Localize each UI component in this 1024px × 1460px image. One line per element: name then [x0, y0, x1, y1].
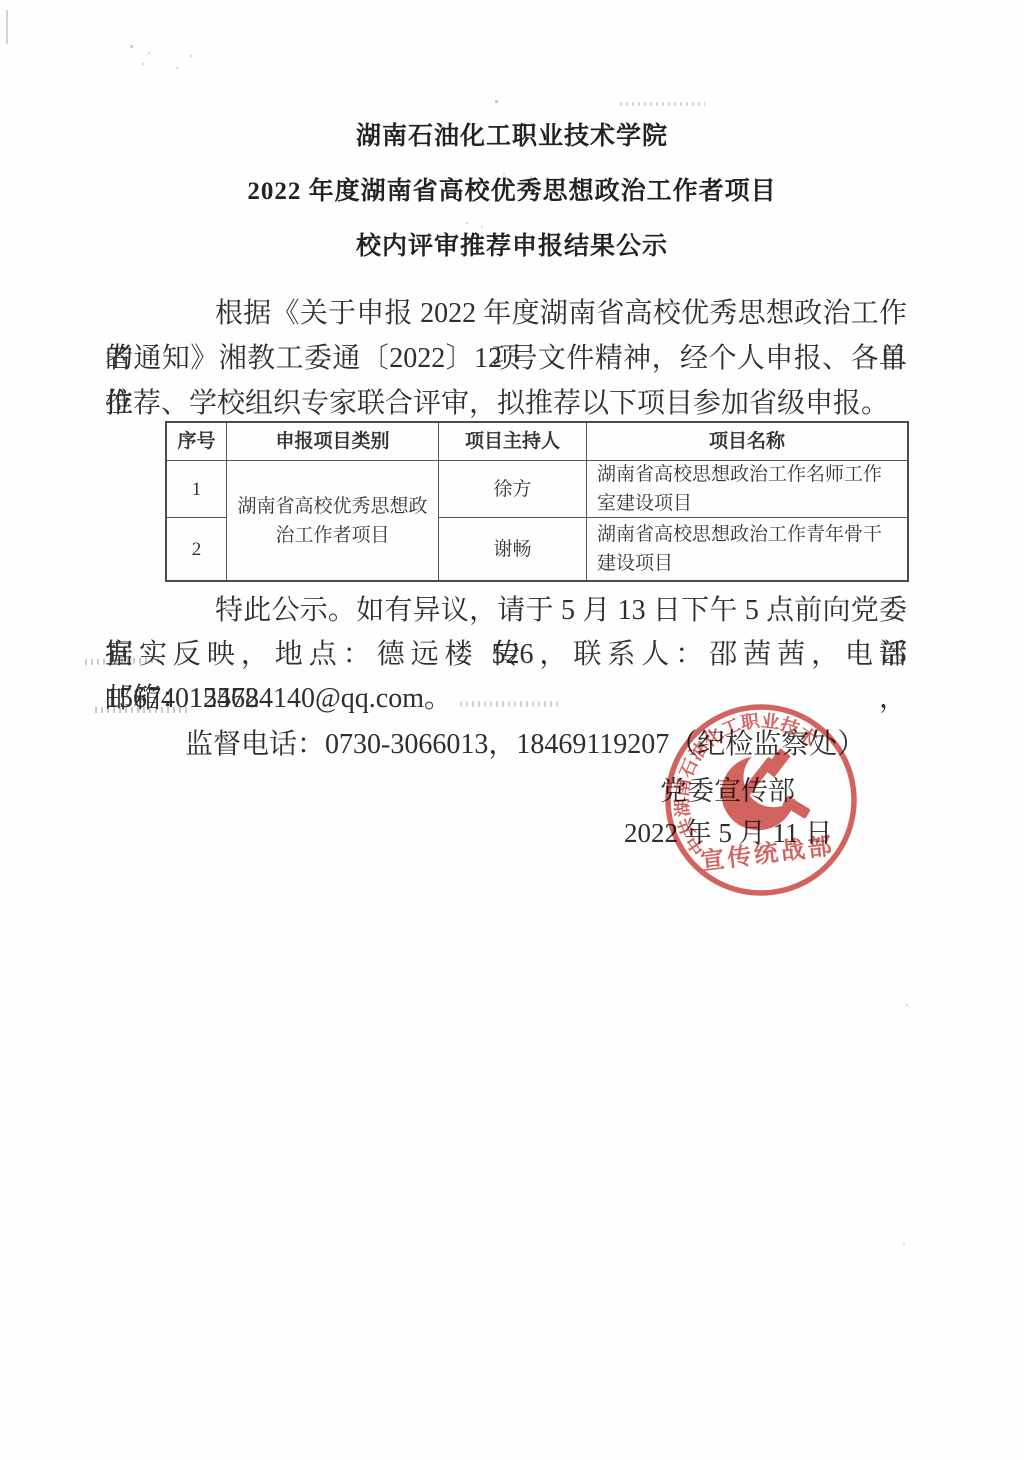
column-header-no: 序号: [167, 423, 227, 461]
title-project-name: 2022 年度湖南省高校优秀思想政治工作者项目: [60, 175, 964, 209]
title-school-name: 湖南石油化工职业技术学院: [60, 120, 964, 154]
scan-speck: [176, 67, 178, 69]
table-cell-project-2: 湖南省高校思想政治工作青年骨干建设项目: [587, 518, 907, 580]
scan-speck: [903, 1243, 905, 1245]
scan-speck: [130, 45, 133, 48]
intro-paragraph: 根据《关于申报 2022 年度湖南省高校优秀思想政治工作者项目 的通知》湘教工委…: [105, 291, 907, 426]
paragraph-line: 的通知》湘教工委通〔2022〕12 号文件精神，经个人申报、各单位: [105, 336, 907, 381]
table-cell-project-1: 湖南省高校思想政治工作名师工作室建设项目: [587, 461, 907, 518]
scan-smudge: [620, 102, 705, 106]
column-header-leader: 项目主持人: [439, 423, 587, 461]
table-cell-category-merged: 湖南省高校优秀思想政治工作者项目: [227, 461, 439, 580]
paragraph-line: 根据《关于申报 2022 年度湖南省高校优秀思想政治工作者项目: [105, 291, 907, 336]
table-cell-leader-2: 谢畅: [439, 518, 587, 580]
table-cell-no-1: 1: [167, 461, 227, 518]
supervision-phone-line: 监督电话：0730-3066013，18469119207（纪检监察处）: [185, 723, 865, 767]
scan-speck: [495, 100, 498, 103]
scan-speck: [190, 55, 192, 57]
paragraph-line: 推荐、学校组织专家联合评审，拟推荐以下项目参加省级申报。: [105, 381, 907, 426]
scan-artifact: [6, 10, 8, 44]
scan-speck: [142, 63, 144, 65]
column-header-category: 申报项目类别: [227, 423, 439, 461]
recommendation-table: 序号 申报项目类别 项目主持人 项目名称 1 湖南省高校优秀思想政治工作者项目 …: [165, 421, 909, 582]
scan-speck: [148, 52, 150, 54]
closing-paragraph: 特此公示。如有异议，请于 5 月 13 日下午 5 点前向党委宣传部 据实反映，…: [105, 589, 907, 721]
paragraph-line: 特此公示。如有异议，请于 5 月 13 日下午 5 点前向党委宣传部: [105, 589, 907, 633]
scanned-document-page: 湖南石油化工职业技术学院 2022 年度湖南省高校优秀思想政治工作者项目 校内评…: [0, 0, 1024, 1460]
scan-speck: [906, 1004, 908, 1006]
title-announcement: 校内评审推荐申报结果公示: [60, 230, 964, 264]
table-cell-no-2: 2: [167, 518, 227, 580]
paragraph-line: 据实反映，地点：德远楼 526，联系人：邵茜茜，电话 15674012572，: [105, 633, 907, 677]
signature-department: 党委宣传部: [660, 771, 795, 811]
signature-date: 2022 年 5 月 11 日: [624, 813, 832, 853]
document-title-block: 湖南石油化工职业技术学院 2022 年度湖南省高校优秀思想政治工作者项目 校内评…: [60, 120, 964, 285]
table-cell-leader-1: 徐方: [439, 461, 587, 518]
column-header-project: 项目名称: [587, 423, 907, 461]
